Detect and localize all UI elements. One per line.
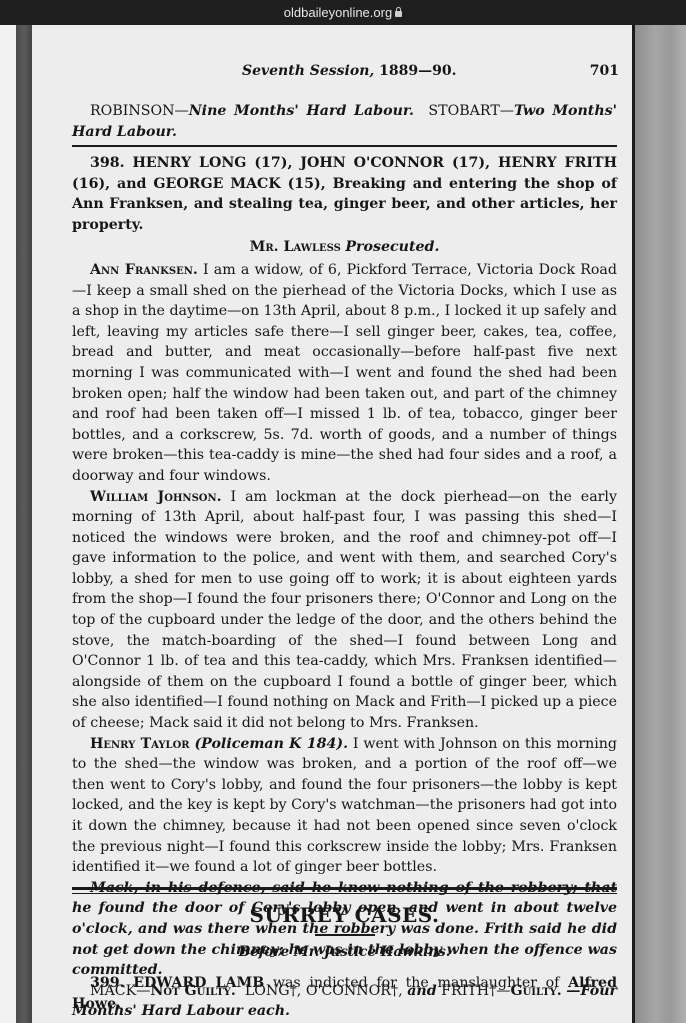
- robinson-sentence: Nine Months' Hard Labour.: [189, 103, 414, 119]
- lock-icon: [395, 11, 402, 17]
- case-398: 398. HENRY LONG (17), JOHN O'CONNOR (17)…: [72, 153, 617, 1022]
- section-surrey: SURREY CASES. Before Mr. Justice Hawkins…: [72, 905, 617, 962]
- judge-line: Before Mr. Justice Hawkins.: [72, 942, 617, 963]
- testimony-ann-franksen: Ann Franksen. I am a widow, of 6, Pickfo…: [72, 260, 617, 487]
- page-number: 701: [590, 61, 619, 82]
- case-398-header: 398. HENRY LONG (17), JOHN O'CONNOR (17)…: [72, 153, 617, 235]
- case-number: 398.: [90, 155, 125, 171]
- stobart-name: STOBART—: [428, 103, 514, 119]
- testimony-henry-taylor: Henry Taylor (Policeman K 184). I went w…: [72, 734, 617, 878]
- scan-right-margin: [635, 25, 686, 1023]
- indictment-text: was indicted for the manslaughter of: [273, 975, 560, 991]
- witness-name: William Johnson.: [90, 489, 222, 505]
- book-spine-shadow: [16, 25, 32, 1023]
- prosecutor-line: Mr. Lawless Prosecuted.: [72, 237, 617, 258]
- short-rule: [315, 934, 375, 936]
- section-heading: SURREY CASES.: [72, 905, 617, 926]
- session-label: Seventh Session,: [242, 63, 374, 79]
- scanned-page: Seventh Session, 1889—90. 701 ROBINSON—N…: [32, 25, 632, 1023]
- divider-rule: [72, 145, 617, 147]
- defendant: EDWARD LAMB: [133, 975, 264, 991]
- prosecutor-name: Mr. Lawless: [250, 239, 341, 255]
- browser-url-bar[interactable]: oldbaileyonline.org: [0, 0, 686, 25]
- testimony-william-johnson: William Johnson. I am lockman at the doc…: [72, 487, 617, 734]
- testimony-text: I am lockman at the dock pierhead—on the…: [72, 489, 617, 732]
- section-rule-thin: [72, 893, 617, 894]
- case-number: 399.: [90, 975, 125, 991]
- prior-sentence: ROBINSON—Nine Months' Hard Labour. STOBA…: [72, 101, 617, 142]
- case-399: 399. EDWARD LAMB was indicted for the ma…: [72, 973, 617, 1014]
- testimony-text: I am a widow, of 6, Pickford Terrace, Vi…: [72, 262, 617, 484]
- url-text: oldbaileyonline.org: [284, 5, 392, 20]
- scan-left-margin: [0, 25, 16, 1023]
- witness-name: Henry Taylor: [90, 736, 190, 752]
- section-rule-thick: [72, 887, 617, 890]
- witness-name: Ann Franksen.: [90, 262, 198, 278]
- prosecutor-role: Prosecuted.: [345, 239, 439, 255]
- session-years: 1889—90.: [379, 63, 456, 79]
- witness-role: (Policeman K 184).: [194, 736, 348, 752]
- running-head: Seventh Session, 1889—90.: [242, 61, 456, 82]
- robinson-name: ROBINSON—: [90, 103, 189, 119]
- testimony-text: I went with Johnson on this morning to t…: [72, 736, 617, 876]
